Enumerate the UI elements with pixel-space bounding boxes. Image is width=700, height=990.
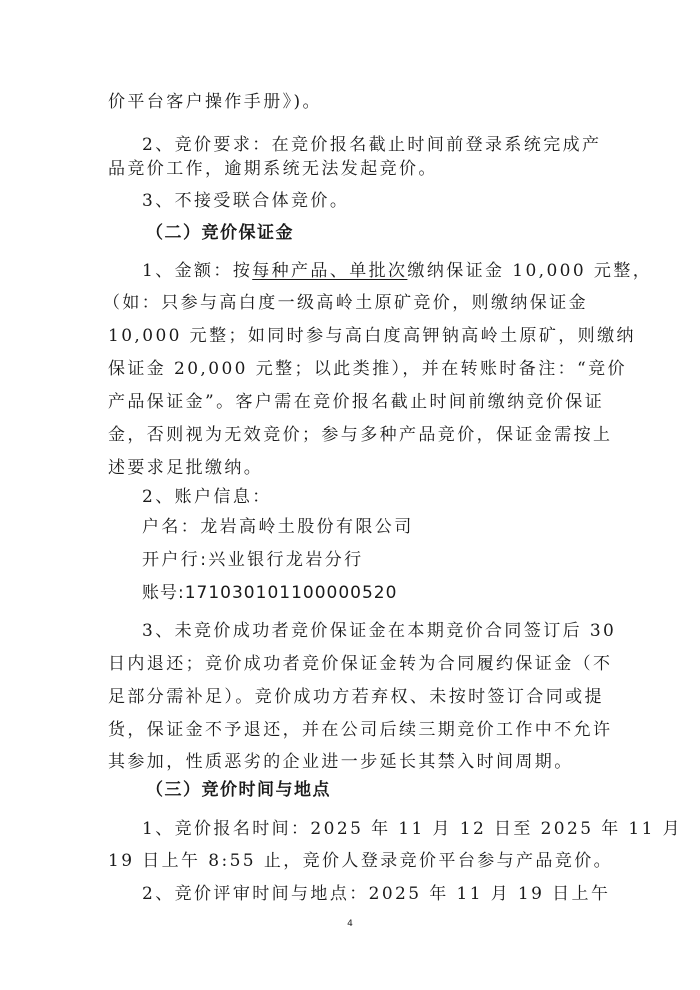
section-heading-deposit: （二）竞价保证金 xyxy=(146,222,294,244)
refund-line-3: 足部分需补足）。竞价成功方若弃权、未按时签订合同或提 xyxy=(108,686,596,708)
deposit-amount-line-7: 述要求足批缴纳。 xyxy=(108,457,596,479)
account-info-title: 2、账户信息： xyxy=(142,486,596,508)
requirement-2-line-2: 品竞价工作，逾期系统无法发起竞价。 xyxy=(108,158,596,180)
refund-line-4: 货，保证金不予退还，并在公司后续三期竞价工作中不允许 xyxy=(108,719,596,741)
deposit-amount-line-5: 产品保证金”。客户需在竞价报名截止时间前缴纳竞价保证 xyxy=(108,391,596,413)
deposit-amount-line-4: 保证金 20,000 元整；以此类推），并在转账时备注：“竞价 xyxy=(108,358,596,380)
section-heading-time-place: （三）竞价时间与地点 xyxy=(146,779,331,801)
requirement-2-line-1: 2、竞价要求：在竞价报名截止时间前登录系统完成产 xyxy=(142,134,596,156)
deposit-amount-underlined: 每种产品、单批次 xyxy=(252,261,407,281)
account-number: 账号:171030101100000520 xyxy=(142,582,596,604)
page-number: 4 xyxy=(0,919,700,929)
account-name: 户名：龙岩高岭土股份有限公司 xyxy=(142,516,596,538)
deposit-amount-prefix: 1、金额：按 xyxy=(142,261,252,281)
registration-time-line-1: 1、竞价报名时间：2025 年 11 月 12 日至 2025 年 11 月 xyxy=(142,818,596,840)
bank-name: 开户行:兴业银行龙岩分行 xyxy=(142,549,596,571)
registration-time-line-2: 19 日上午 8:55 止，竞价人登录竞价平台参与产品竞价。 xyxy=(108,850,596,872)
review-time-line-1: 2、竞价评审时间与地点：2025 年 11 月 19 日上午 xyxy=(142,883,596,905)
refund-line-2: 日内退还；竞价成功者竞价保证金转为合同履约保证金（不 xyxy=(108,653,596,675)
text-line: 价平台客户操作手册》)。 xyxy=(108,91,596,113)
deposit-amount-line-2: （如：只参与高白度一级高岭土原矿竞价，则缴纳保证金 xyxy=(103,292,591,314)
deposit-amount-suffix: 缴纳保证金 10,000 元整， xyxy=(407,261,652,281)
deposit-amount-line-1: 1、金额：按每种产品、单批次缴纳保证金 10,000 元整， xyxy=(142,260,596,282)
deposit-amount-line-6: 金，否则视为无效竞价；参与多种产品竞价，保证金需按上 xyxy=(108,424,596,446)
deposit-amount-line-3: 10,000 元整；如同时参与高白度高钾钠高岭土原矿，则缴纳 xyxy=(108,325,596,347)
refund-line-5: 其参加，性质恶劣的企业进一步延长其禁入时间周期。 xyxy=(108,751,596,773)
document-page: 价平台客户操作手册》)。 2、竞价要求：在竞价报名截止时间前登录系统完成产 品竞… xyxy=(0,0,700,990)
requirement-3: 3、不接受联合体竞价。 xyxy=(142,190,596,212)
refund-line-1: 3、未竞价成功者竞价保证金在本期竞价合同签订后 30 xyxy=(142,620,596,642)
